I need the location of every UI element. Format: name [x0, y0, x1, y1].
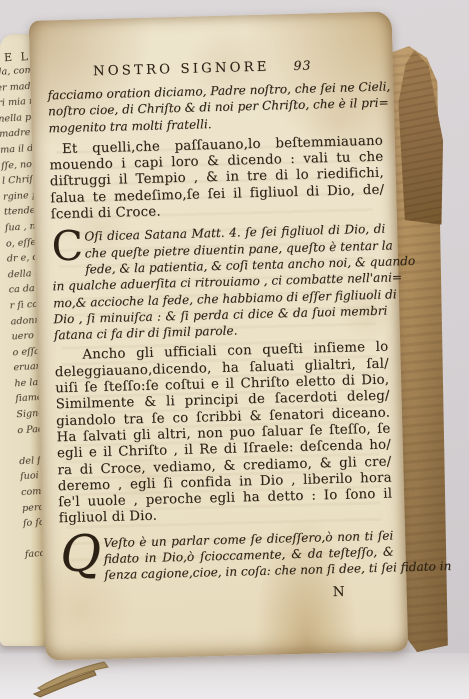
- signature-mark: N: [61, 582, 395, 607]
- printed-text-block: NOSTRO SIGNORE 93 facciamo oration dicia…: [47, 56, 395, 607]
- paragraph: Et quelli,che paſſauano,lo beſtemmiauano…: [49, 134, 385, 224]
- drop-cap-initial: C: [51, 231, 82, 263]
- running-title: NOSTRO SIGNORE: [93, 60, 270, 80]
- photo-of-open-book: E L da, come uſter madre.ri mia ma di Ca…: [0, 0, 469, 699]
- paragraph-continuation: facciamo oration diciamo, Padre noſtro, …: [47, 79, 382, 137]
- paragraph: Ancho gli ufficiali con queſti inſieme l…: [54, 340, 393, 528]
- page-number: 93: [293, 57, 311, 72]
- paragraph-with-drop-cap: Q Veſto è un parlar come ſe diceſſero,ò …: [59, 527, 394, 585]
- page-header: NOSTRO SIGNORE 93: [47, 56, 381, 81]
- drop-cap-initial: Q: [59, 537, 102, 571]
- vellum-cover-flap: [397, 50, 444, 226]
- book-page-recto: NOSTRO SIGNORE 93 facciamo oration dicia…: [29, 11, 409, 660]
- paragraph-with-drop-cap: C Oſi dicea Satana Matt. 4. ſe ſei figli…: [51, 221, 388, 344]
